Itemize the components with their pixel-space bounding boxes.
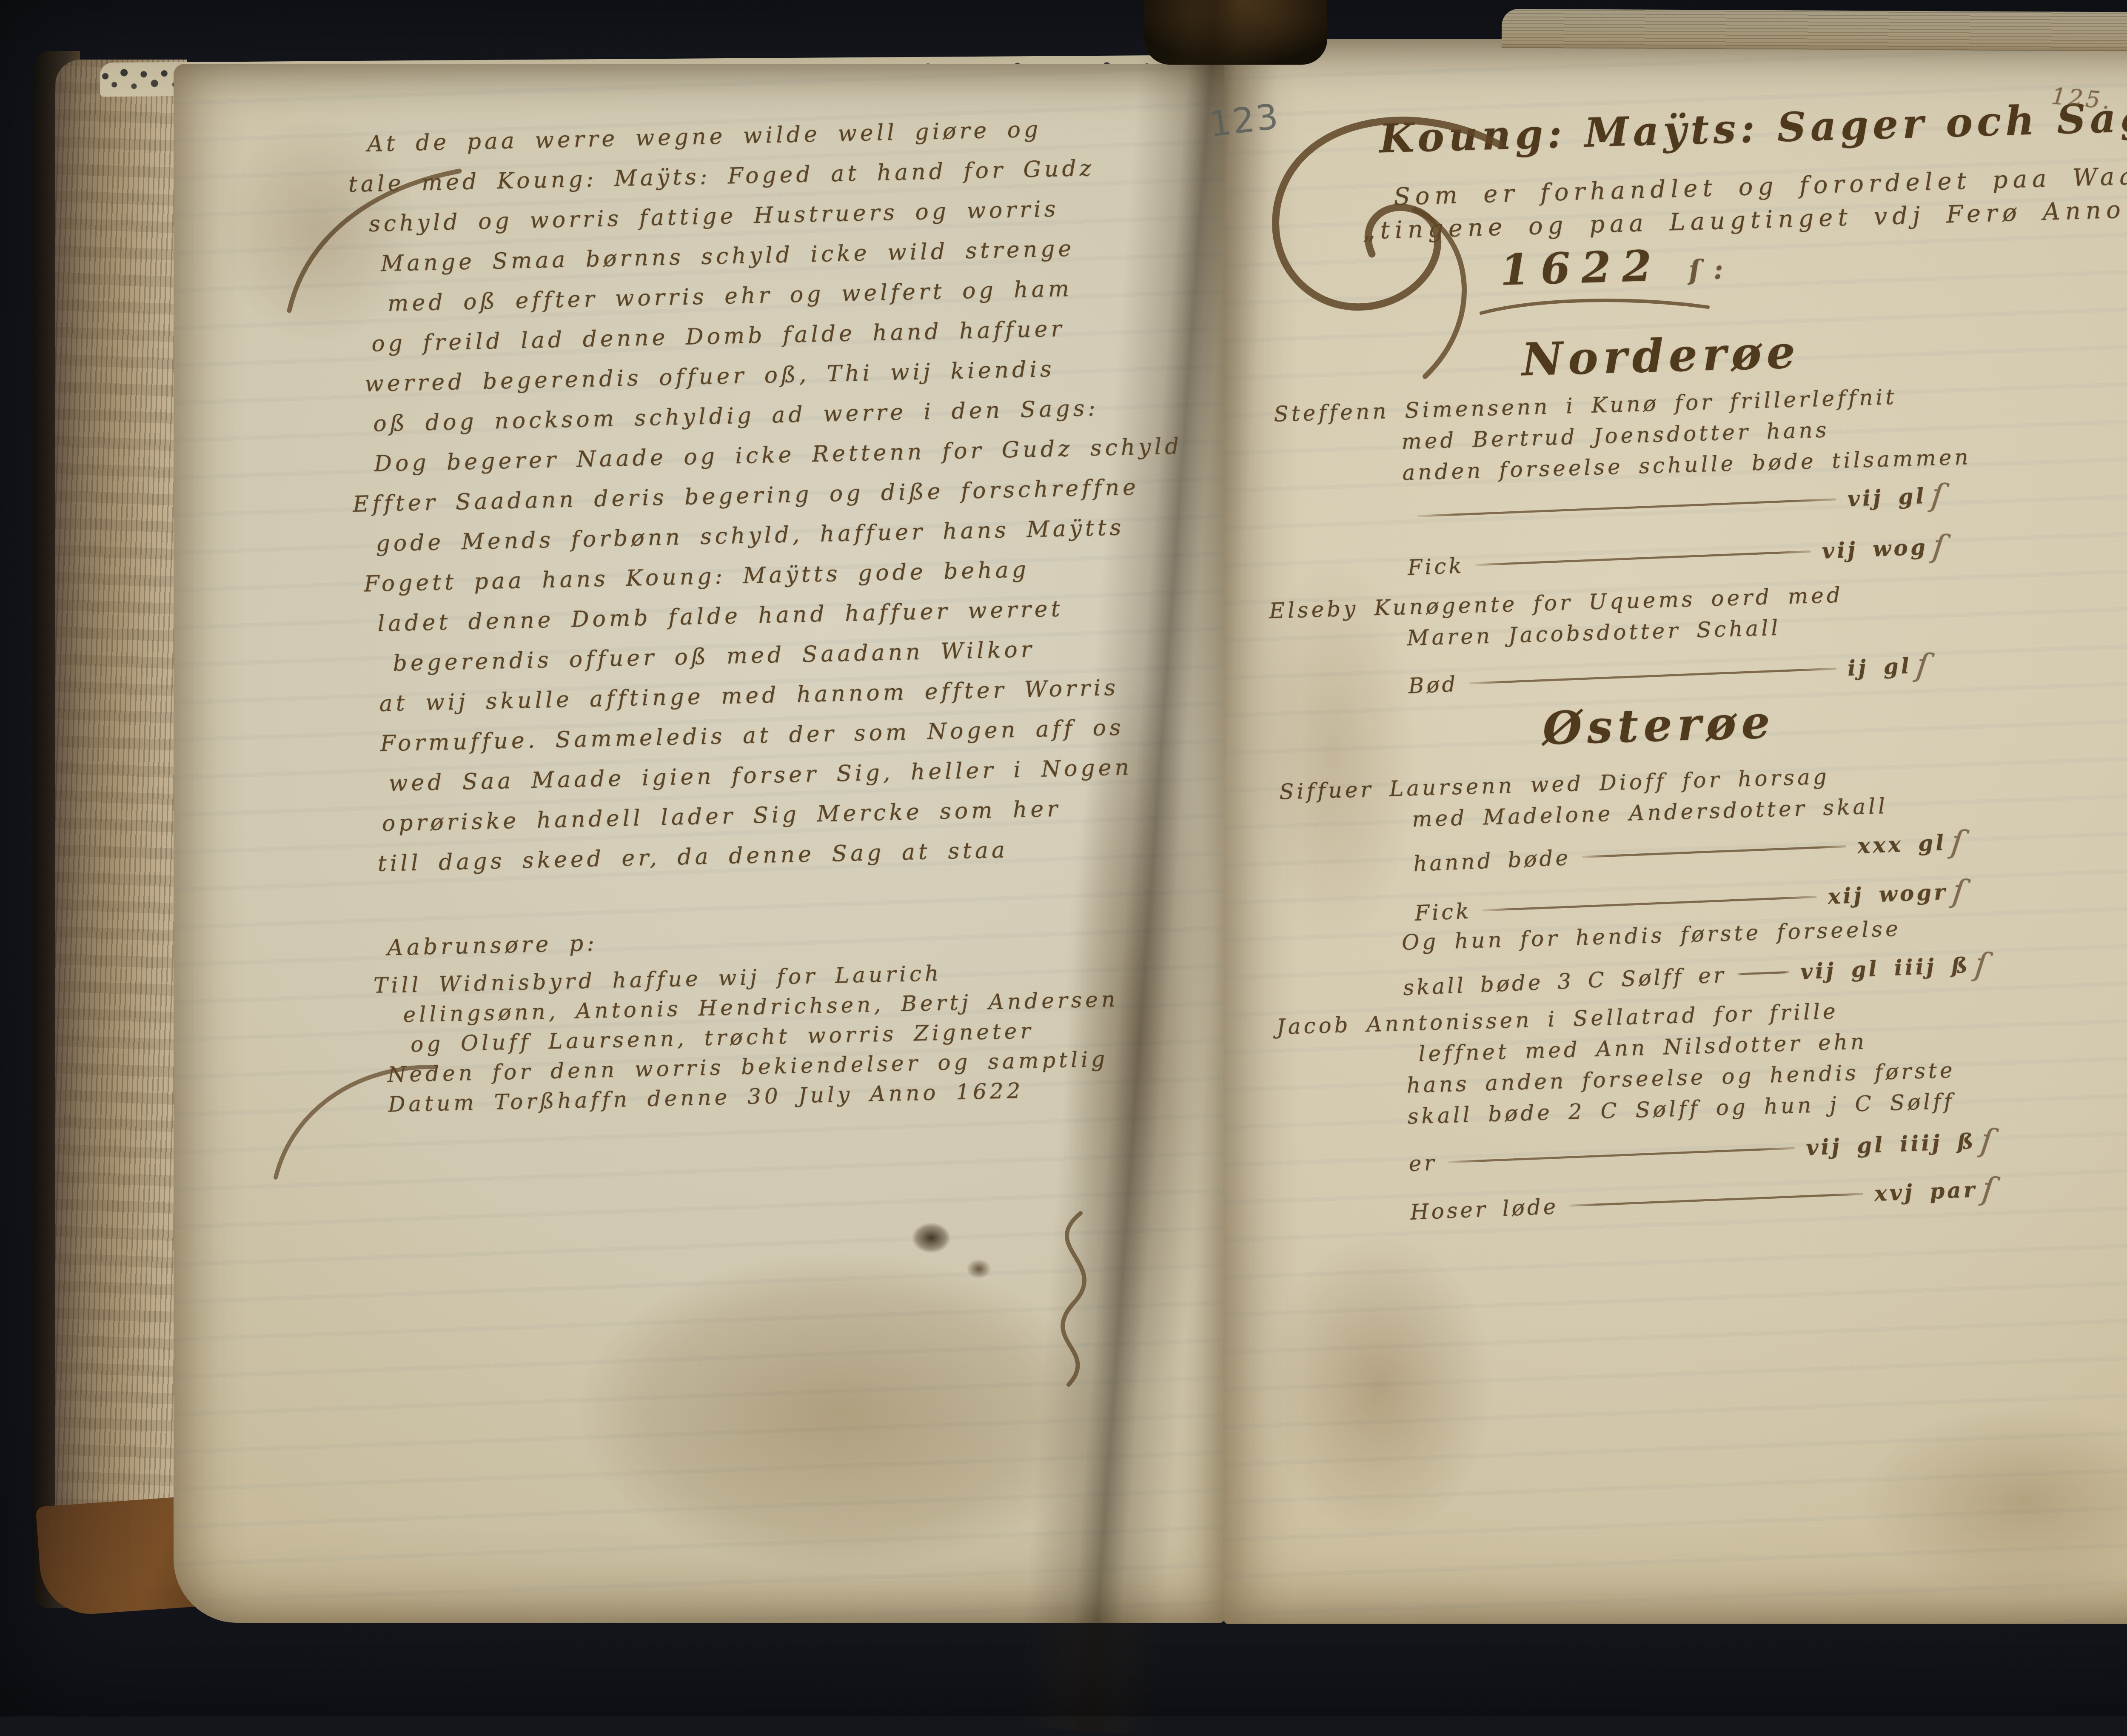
amount-value: vij gl iiij ß bbox=[1800, 952, 1970, 984]
fine-amount-row: Bød ij gl ſ bbox=[1408, 646, 1932, 704]
amount-label: er bbox=[1408, 1150, 1437, 1176]
fine-amount-row: skall bøde 3 C Sølff er vij gl iiij ß ſ bbox=[1403, 945, 1990, 1006]
page-title: Koung: Maÿts: Sager och Sagefald bbox=[1379, 90, 2127, 162]
amount-flourish: ſ bbox=[1931, 527, 1950, 566]
section-heading-oesteroe: Østerøe bbox=[1542, 695, 1776, 755]
page-stack-top-edge bbox=[1502, 9, 2127, 53]
pencil-folio-number: 123 bbox=[1207, 96, 1282, 145]
year-heading: 1622 ſ : bbox=[1500, 239, 1726, 295]
amount-value: xvj par bbox=[1874, 1177, 1978, 1206]
amount-value: vij gl bbox=[1847, 483, 1927, 511]
amount-dash-rule bbox=[1469, 667, 1836, 684]
entry-line: Maren Jacobsdotter Schall bbox=[1407, 616, 1781, 651]
amount-value: vij wog bbox=[1822, 534, 1928, 564]
amount-dash-rule bbox=[1569, 1193, 1863, 1207]
fine-amount-row: vij gl ſ bbox=[1406, 476, 1947, 536]
amount-dash-rule bbox=[1482, 896, 1816, 912]
year-value: 1622 bbox=[1500, 240, 1663, 295]
amount-dash-rule bbox=[1475, 550, 1811, 566]
amount-value: ij gl bbox=[1847, 653, 1912, 681]
amount-flourish: ſ bbox=[1973, 945, 1992, 984]
left-paragraph-1: At de paa werre wegne wilde well giøre o… bbox=[367, 105, 1238, 884]
year-flourish: ſ : bbox=[1688, 254, 1725, 286]
amount-label: Fick bbox=[1414, 898, 1471, 925]
amount-flourish: ſ bbox=[1979, 1121, 1998, 1160]
amount-value: xxx gl bbox=[1857, 830, 1947, 858]
entry-line: leffnet med Ann Nilsdotter ehn bbox=[1418, 1029, 1868, 1066]
amount-flourish: ſ bbox=[1929, 476, 1948, 515]
amount-value: xij wogr bbox=[1827, 879, 1948, 909]
amount-label: hannd bøde bbox=[1413, 845, 1571, 876]
amount-flourish: ſ bbox=[1914, 645, 1933, 684]
amount-flourish: ſ bbox=[1949, 822, 1968, 861]
entry-line: med Bertrud Joensdotter hans bbox=[1401, 417, 1830, 454]
amount-dash-rule bbox=[1737, 971, 1789, 975]
ink-folio-number: 125. bbox=[2050, 83, 2114, 114]
page-stack-left-edge bbox=[55, 60, 187, 1591]
left-page-text: At de paa werre wegne wilde well giøre o… bbox=[367, 105, 1243, 1119]
amount-label: skall bøde 3 C Sølff er bbox=[1403, 962, 1727, 1000]
left-paragraph-2: Till Widnisbyrd haffue wij for Laurich e… bbox=[385, 952, 1243, 1120]
amount-flourish: ſ bbox=[1950, 872, 1969, 911]
fine-amount-row: hannd bøde xxx gl ſ bbox=[1412, 823, 1967, 883]
amount-label: Hoser løde bbox=[1410, 1194, 1559, 1225]
manuscript-photo: At de paa werre wegne wilde well giøre o… bbox=[0, 0, 2127, 1716]
entry-line: med Madelone Andersdotter skall bbox=[1411, 794, 1888, 832]
amount-label: Bød bbox=[1408, 672, 1458, 698]
amount-dash-rule bbox=[1582, 845, 1847, 858]
amount-label: Fick bbox=[1407, 553, 1465, 580]
amount-dash-rule bbox=[1448, 1147, 1795, 1163]
amount-value: vij gl iiij ß bbox=[1805, 1129, 1976, 1160]
fine-amount-row: Fick vij wog ſ bbox=[1407, 527, 1948, 587]
amount-dash-rule bbox=[1417, 498, 1836, 517]
amount-flourish: ſ bbox=[1980, 1169, 1999, 1209]
right-page-text: Koung: Maÿts: Sager och Sagefald Som er … bbox=[1251, 73, 2127, 1378]
section-heading-norderoe: Norderøe bbox=[1521, 325, 1801, 386]
